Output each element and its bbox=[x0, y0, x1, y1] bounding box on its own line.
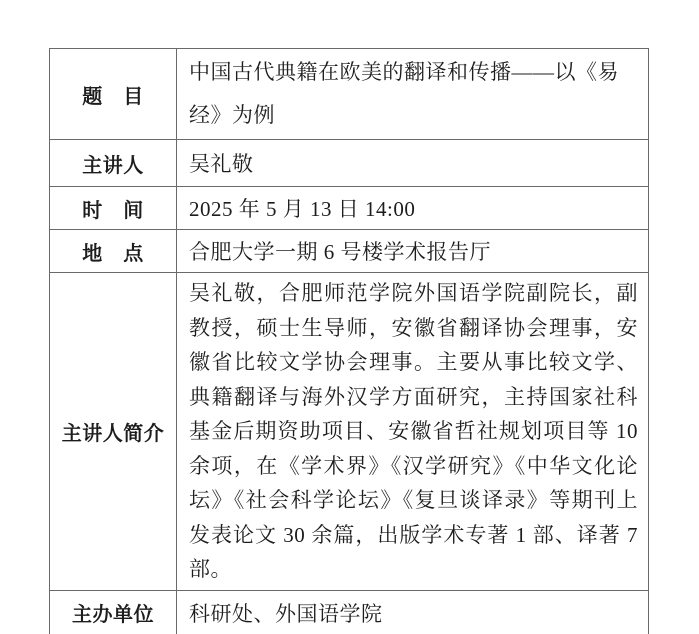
table-row-time: 时 间 2025 年 5 月 13 日 14:00 bbox=[50, 187, 649, 230]
speaker-label-cell: 主讲人 bbox=[50, 140, 177, 187]
title-label-cell: 题 目 bbox=[50, 49, 177, 140]
venue-label-cell: 地 点 bbox=[50, 230, 177, 273]
speaker-value-cell: 吴礼敬 bbox=[177, 140, 649, 187]
lecture-notice-table: 题 目 中国古代典籍在欧美的翻译和传播——以《易经》为例 主讲人 吴礼敬 时 间… bbox=[49, 48, 649, 634]
title-value-cell: 中国古代典籍在欧美的翻译和传播——以《易经》为例 bbox=[177, 49, 649, 140]
time-label-cell: 时 间 bbox=[50, 187, 177, 230]
venue-value-cell: 合肥大学一期 6 号楼学术报告厅 bbox=[177, 230, 649, 273]
table-row-speaker-bio: 主讲人简介 吴礼敬，合肥师范学院外国语学院副院长，副教授，硕士生导师，安徽省翻译… bbox=[50, 273, 649, 591]
speaker-bio-value-cell: 吴礼敬，合肥师范学院外国语学院副院长，副教授，硕士生导师，安徽省翻译协会理事，安… bbox=[177, 273, 649, 591]
time-value-cell: 2025 年 5 月 13 日 14:00 bbox=[177, 187, 649, 230]
table-row-organizer: 主办单位 科研处、外国语学院 bbox=[50, 590, 649, 634]
document-page: 题 目 中国古代典籍在欧美的翻译和传播——以《易经》为例 主讲人 吴礼敬 时 间… bbox=[0, 0, 699, 634]
table-row-speaker: 主讲人 吴礼敬 bbox=[50, 140, 649, 187]
organizer-label-cell: 主办单位 bbox=[50, 590, 177, 634]
organizer-value-cell: 科研处、外国语学院 bbox=[177, 590, 649, 634]
table-row-venue: 地 点 合肥大学一期 6 号楼学术报告厅 bbox=[50, 230, 649, 273]
table-row-title: 题 目 中国古代典籍在欧美的翻译和传播——以《易经》为例 bbox=[50, 49, 649, 140]
speaker-bio-label-cell: 主讲人简介 bbox=[50, 273, 177, 591]
